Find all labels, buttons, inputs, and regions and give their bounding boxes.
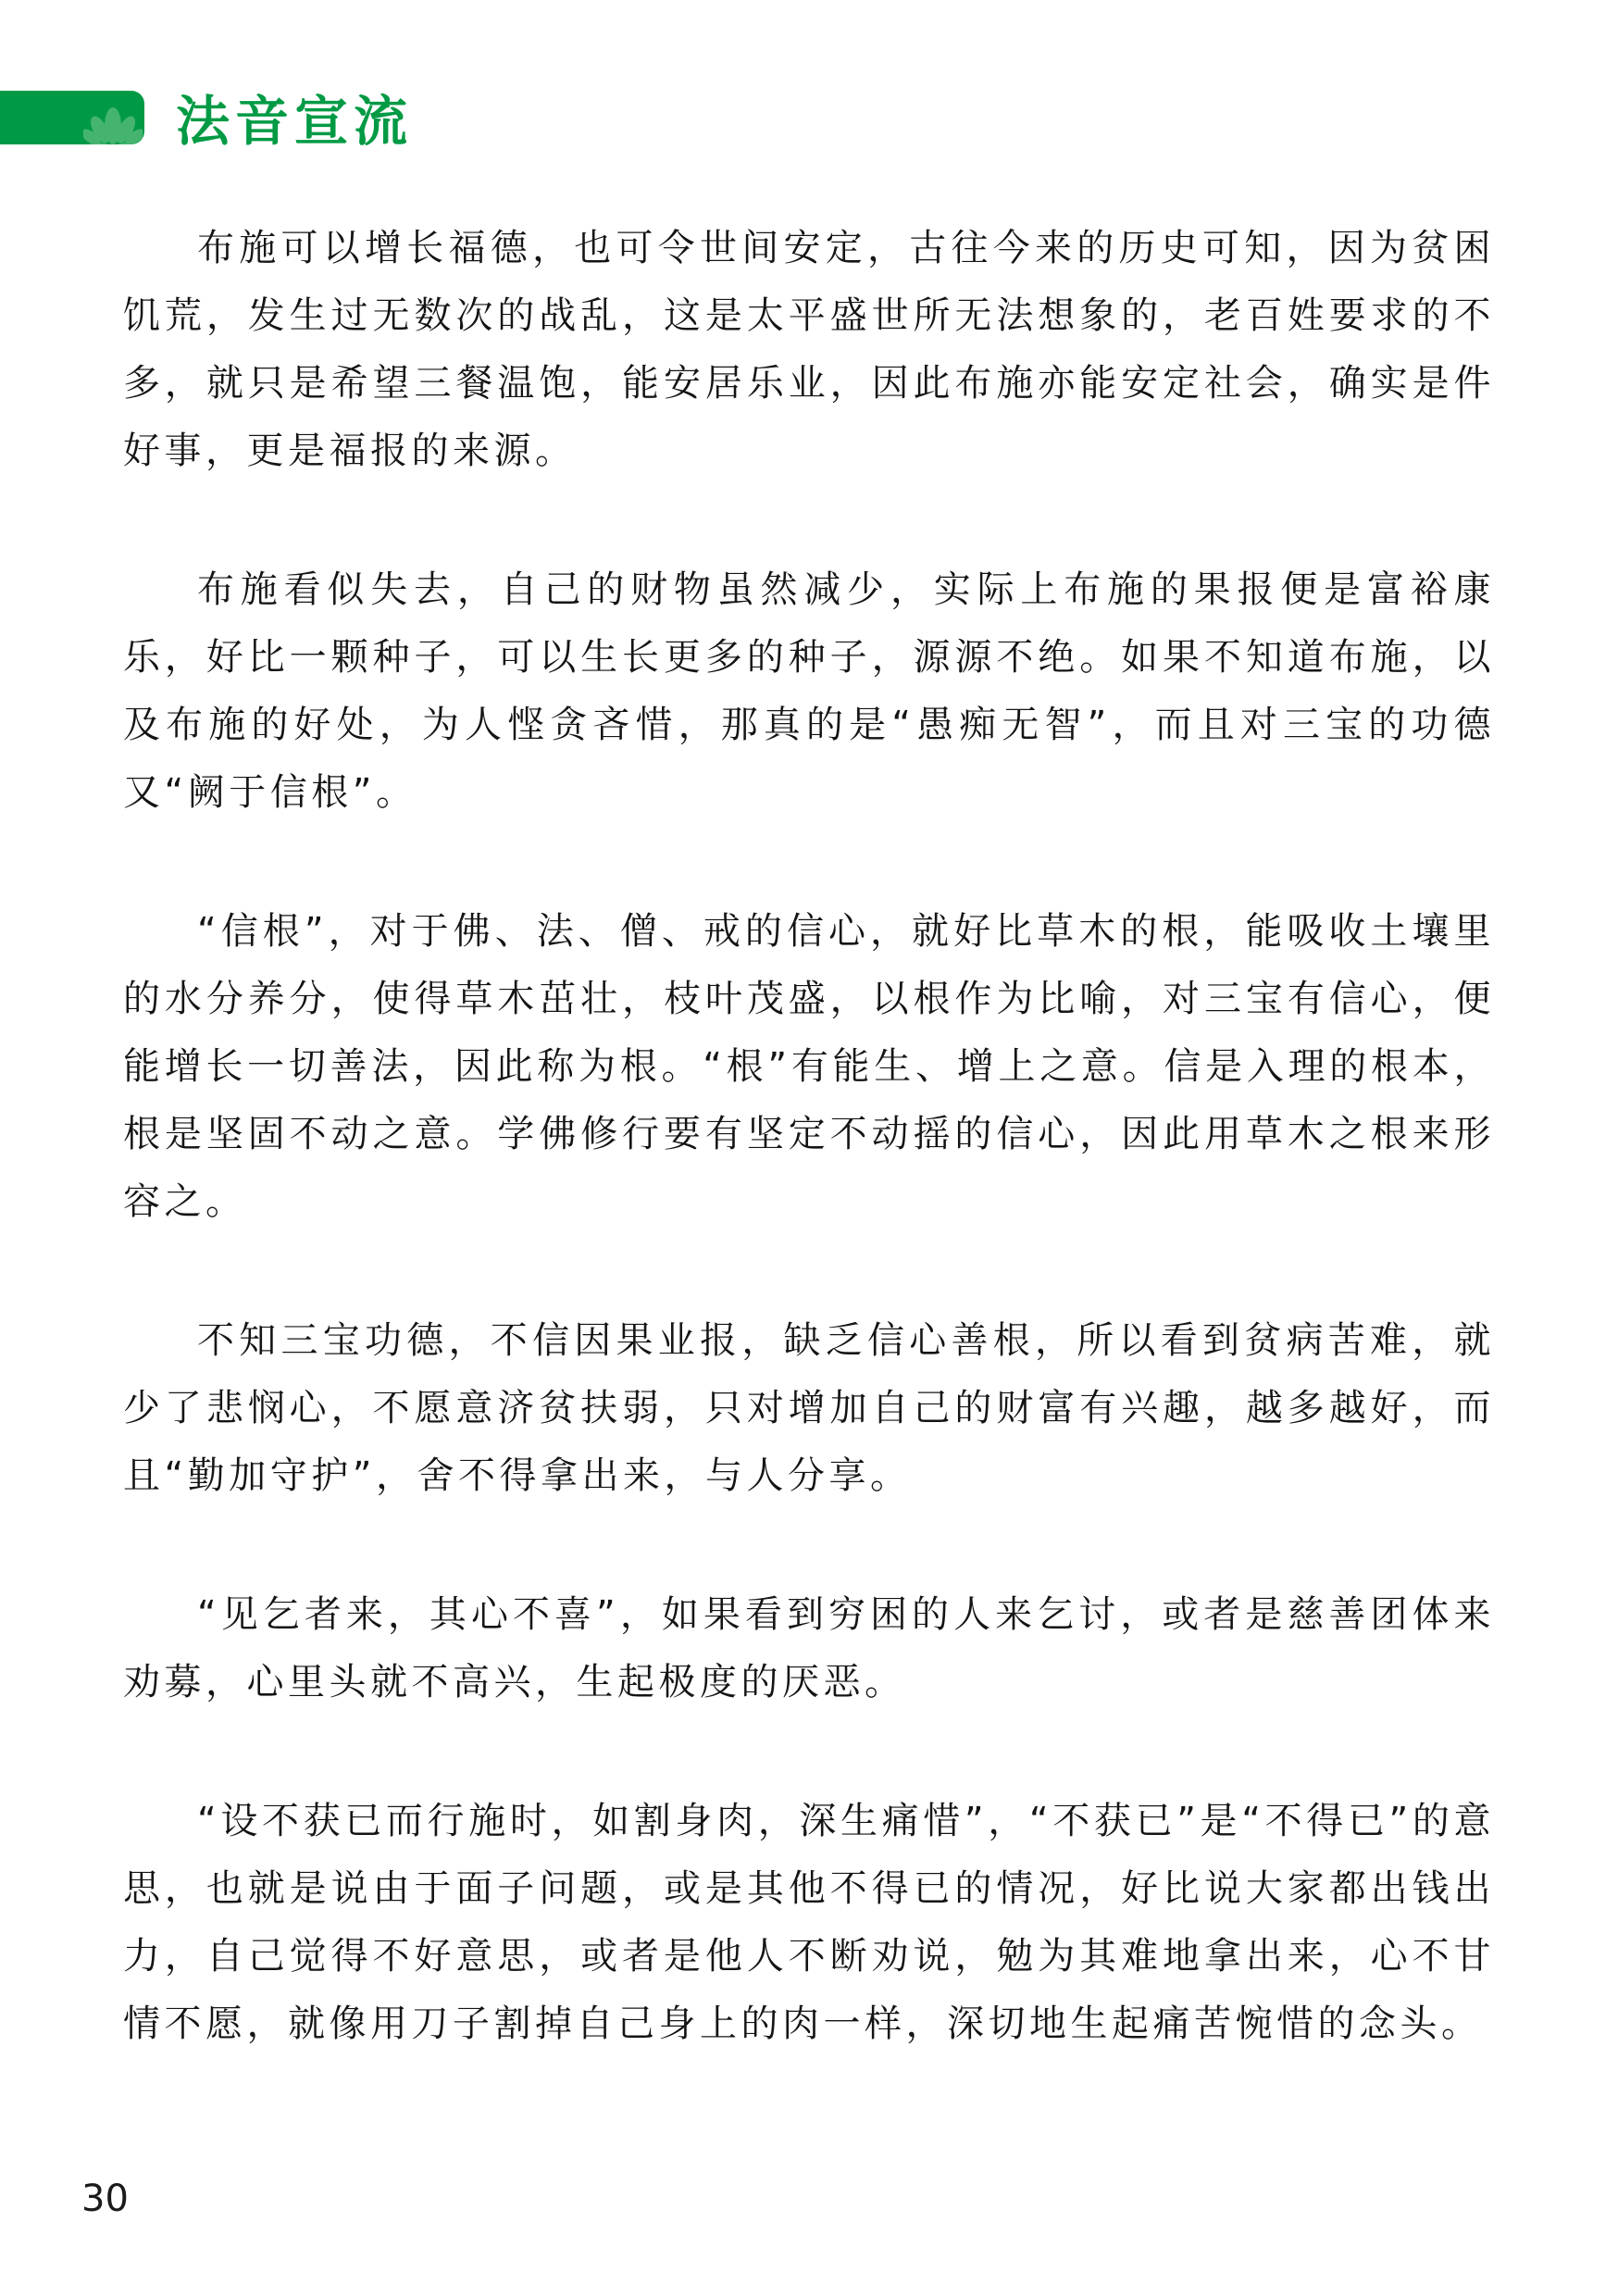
lotus-icon (83, 102, 143, 144)
magazine-page: 法音宣流 布施可以增长福德，也可令世间安定，古往今来的历史可知，因为贫困饥荒，发… (0, 0, 1618, 2296)
article-body: 布施可以增长福德，也可令世间安定，古往今来的历史可知，因为贫困饥荒，发生过无数次… (123, 215, 1495, 2129)
header-logo-bar (0, 91, 144, 144)
page-title: 法音宣流 (176, 89, 413, 144)
paragraph: 布施看似失去，自己的财物虽然减少，实际上布施的果报便是富裕康乐，好比一颗种子，可… (123, 556, 1495, 827)
paragraph: “见乞者来，其心不喜”，如果看到穷困的人来乞讨，或者是慈善团体来劝募，心里头就不… (123, 1581, 1495, 1716)
paragraph: “信根”，对于佛、法、僧、戒的信心，就好比草木的根，能吸收土壤里的水分养分，使得… (123, 898, 1495, 1236)
paragraph: 布施可以增长福德，也可令世间安定，古往今来的历史可知，因为贫困饥荒，发生过无数次… (123, 215, 1495, 485)
paragraph: 不知三宝功德，不信因果业报，缺乏信心善根，所以看到贫病苦难，就少了悲悯心，不愿意… (123, 1307, 1495, 1510)
paragraph: “设不获已而行施时，如割身肉，深生痛惜”，“不获已”是“不得已”的意思，也就是说… (123, 1788, 1495, 2058)
page-number: 30 (81, 2177, 129, 2220)
